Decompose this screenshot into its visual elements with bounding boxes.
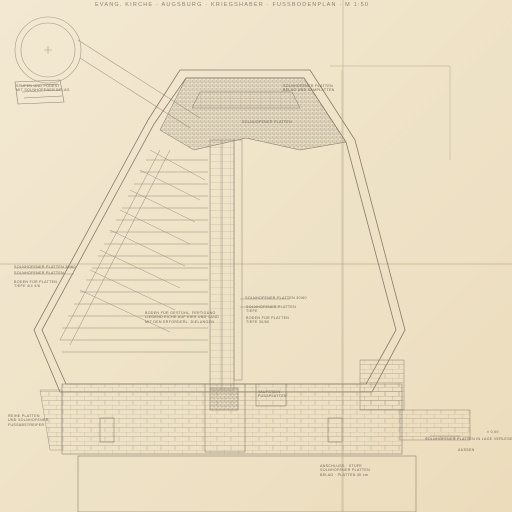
- plan-drawing: [0, 0, 512, 512]
- label-baptism: TAUFSTEIN FUSSPLATTEN: [258, 390, 287, 399]
- note-right-2: SOLNHOFENER PLATTEN TIEFE: [246, 305, 296, 314]
- right-paving: [400, 410, 470, 440]
- right-corner-paving: [360, 360, 404, 410]
- note-exterior-paving: SOLNHOFENER PLATTEN IN LAGE VERLEGEN: [425, 437, 512, 441]
- note-left-3: BODEN FÜR PLATTEN TIEFE 4/4 4/8: [14, 280, 57, 289]
- note-left-2: SOLNHOFENER PLATTEN: [14, 271, 64, 275]
- note-edge: AUSSEN: [458, 448, 475, 452]
- note-entrance-left: REIHE PLATTEN UND SOLNHOFENER FUSSABSTRE…: [8, 414, 49, 427]
- note-apse-paving: SOLNHOFENER PLATTEN BELAG UND KAMPLATTEN: [283, 84, 334, 93]
- note-left-1: SOLNHOFENER PLATTEN 30/60: [14, 265, 76, 269]
- level-mark: ± 0,00: [487, 430, 499, 434]
- note-pew-floor: BODEN FÜR GESTÜHL, FERTIGUNG LIEGEND EIC…: [145, 311, 219, 324]
- altar-platform: [192, 92, 300, 108]
- note-entrance-step: ANSCHLUSS · STUFE SOLNHOFENER PLATTEN BE…: [320, 464, 370, 477]
- label-apse: SOLNHOFENER PLATTEN: [242, 120, 292, 124]
- central-aisle: [210, 140, 234, 390]
- right-strip: [234, 140, 242, 380]
- floor-plan-sheet: EVANG. KIRCHE · AUGSBURG · KRIEGSHABER ·…: [0, 0, 512, 512]
- note-right-3: BODEN FÜR PLATTEN TIEFE 30/60: [246, 316, 289, 325]
- note-stairs: STUFEN UND PODEST MIT SOLNHOFENER BELAG: [16, 84, 70, 93]
- diagonal-pews: [80, 150, 205, 332]
- note-right-1: SOLNHOFENER PLATTEN 30/60: [245, 296, 307, 300]
